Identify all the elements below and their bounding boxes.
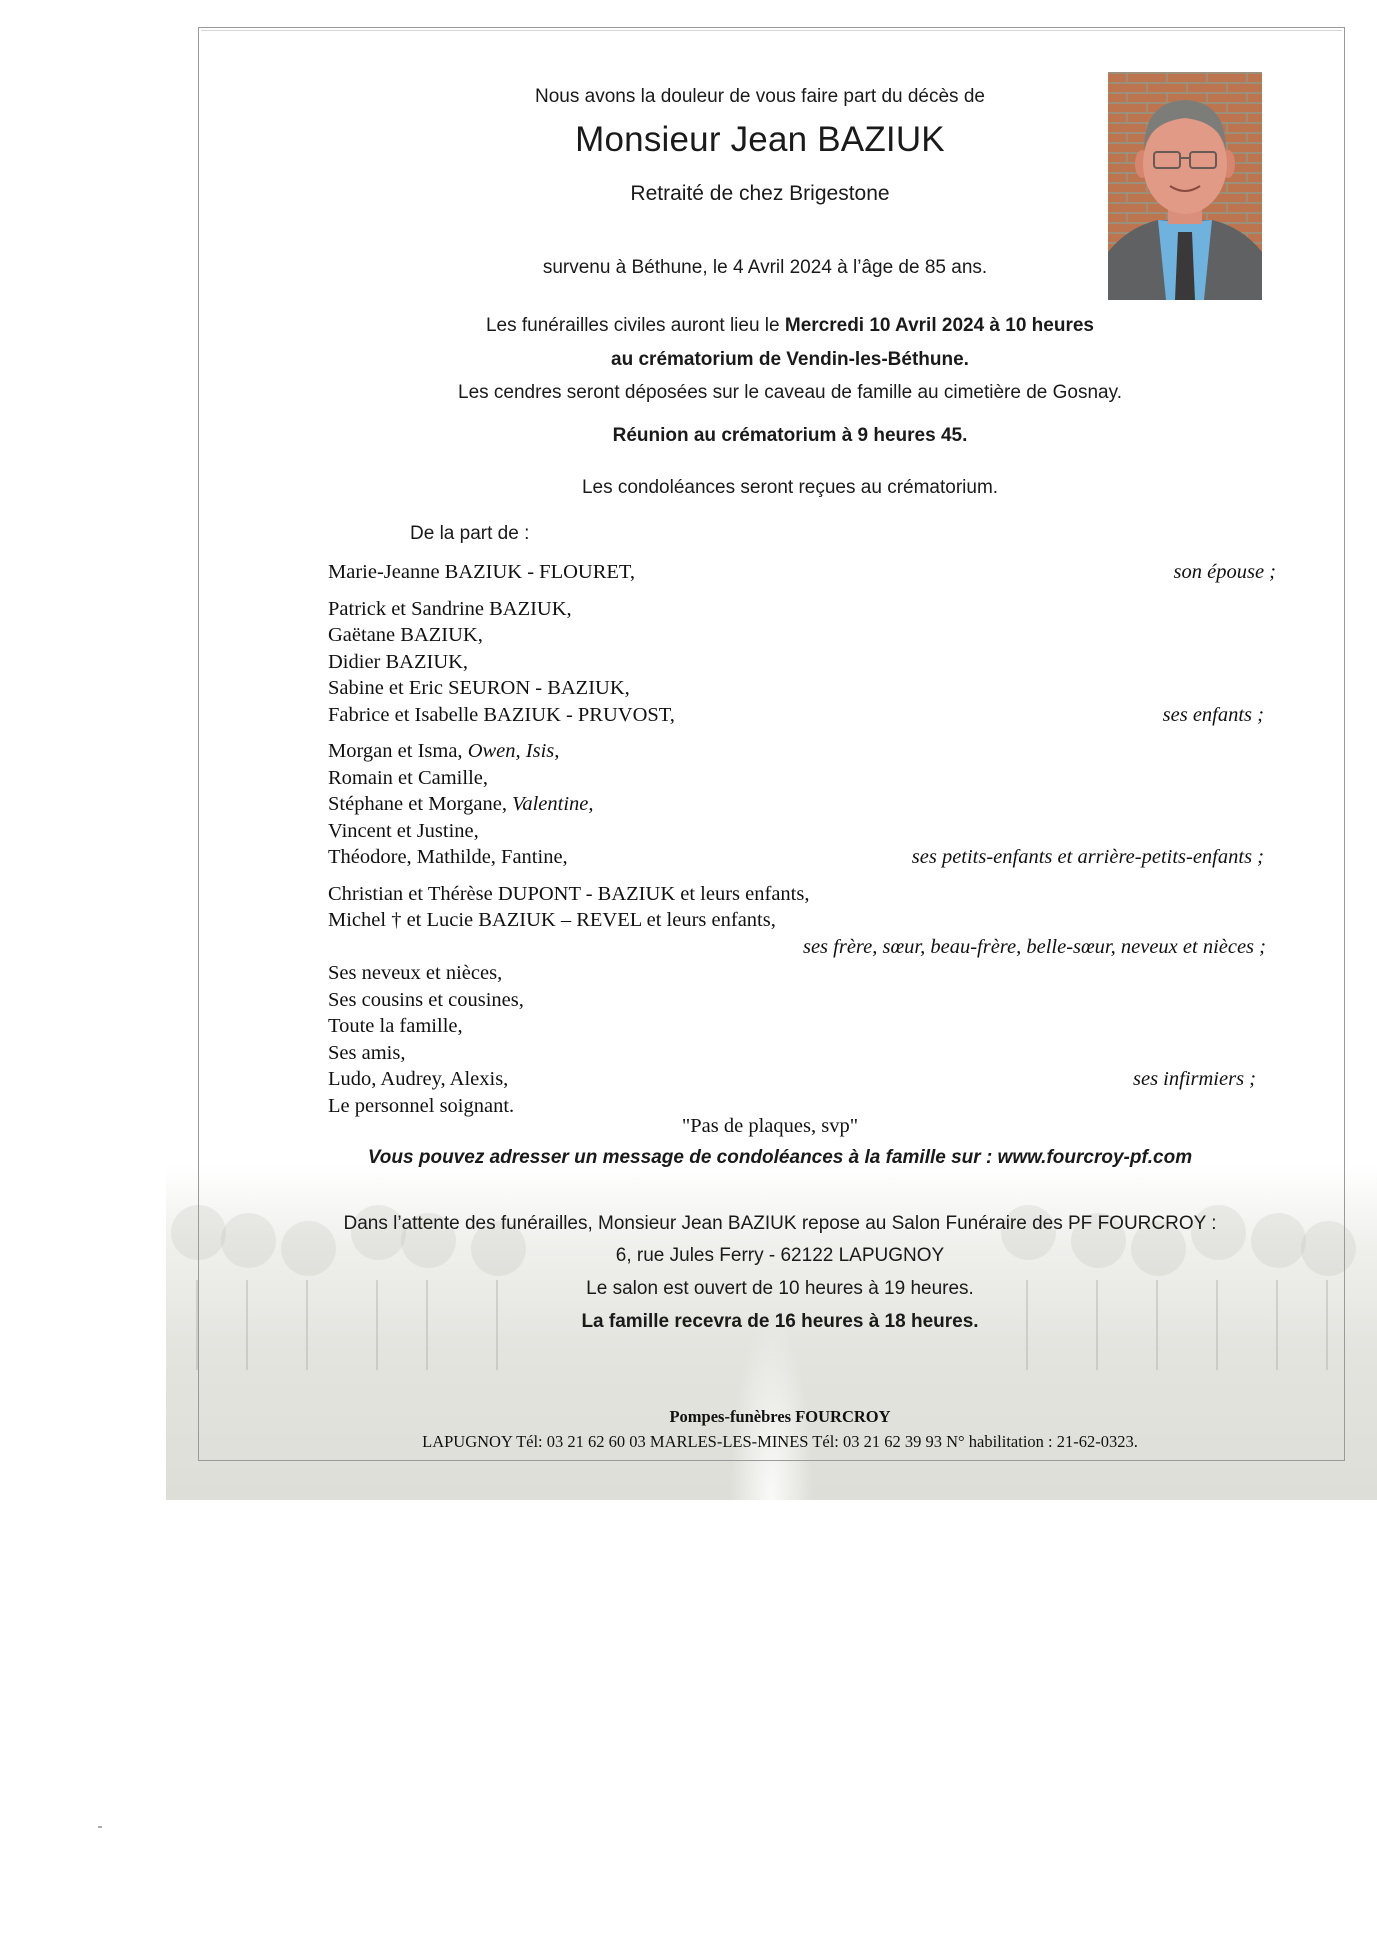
family-member-line: Michel † et Lucie BAZIUK – REVEL et leur… [328, 907, 1276, 934]
family-member-text: Sabine et Eric SEURON - BAZIUK, [328, 677, 630, 699]
family-member-text: Théodore, Mathilde, Fantine, [328, 846, 568, 868]
family-member-line: Patrick et Sandrine BAZIUK, [328, 596, 1276, 623]
family-member-text: Christian et Thérèse DUPONT - BAZIUK et … [328, 883, 809, 905]
family-member-line: Vincent et Justine, [328, 818, 1276, 845]
family-member-children: Valentine, [512, 793, 593, 815]
family-member-text: Ses amis, [328, 1042, 405, 1064]
family-member-line: Didier BAZIUK, [328, 649, 1276, 676]
condolences-info: Les condoléances seront reçues au crémat… [380, 477, 1200, 499]
salon-hours: Le salon est ouvert de 10 heures à 19 he… [300, 1278, 1260, 1300]
family-member-text: Romain et Camille, [328, 767, 488, 789]
family-group: Morgan et Isma, Owen, Isis,Romain et Cam… [328, 738, 1276, 871]
family-member-line: Ses amis, [328, 1040, 1276, 1067]
family-relation: son épouse ; [1174, 559, 1276, 586]
family-visiting-hours: La famille recevra de 16 heures à 18 heu… [300, 1311, 1260, 1333]
funeral-home-name: Pompes-funèbres FOURCROY [400, 1407, 1160, 1427]
obituary-page: Nous avons la douleur de vous faire part… [0, 0, 1377, 1948]
funeral-date-bold: Mercredi 10 Avril 2024 à 10 heures [785, 315, 1094, 336]
family-member-line: Stéphane et Morgane, Valentine, [328, 791, 1276, 818]
deceased-name: Monsieur Jean BAZIUK [470, 120, 1050, 160]
family-member-line: Théodore, Mathilde, Fantine,ses petits-e… [328, 844, 1276, 871]
family-member-text: Gaëtane BAZIUK, [328, 624, 483, 646]
family-relation: ses enfants ; [1163, 702, 1264, 729]
family-member-line: Gaëtane BAZIUK, [328, 622, 1276, 649]
family-member-text: Fabrice et Isabelle BAZIUK - PRUVOST, [328, 704, 675, 726]
family-member-line: Ses neveux et nièces, [328, 960, 1276, 987]
family-member-text: Ses neveux et nièces, [328, 962, 502, 984]
family-member-text: Stéphane et Morgane, [328, 793, 512, 815]
family-member-line: Romain et Camille, [328, 765, 1276, 792]
reunion-info: Réunion au crématorium à 9 heures 45. [380, 425, 1200, 447]
funeral-date: Les funérailles civiles auront lieu le M… [380, 315, 1200, 337]
family-member-text: Le personnel soignant. [328, 1095, 514, 1117]
family-member-text: Vincent et Justine, [328, 820, 479, 842]
family-group: Patrick et Sandrine BAZIUK,Gaëtane BAZIU… [328, 596, 1276, 729]
family-member-line: Fabrice et Isabelle BAZIUK - PRUVOST,ses… [328, 702, 1276, 729]
family-member-line: Toute la famille, [328, 1013, 1276, 1040]
family-relation: ses infirmiers ; [1133, 1066, 1256, 1093]
family-relation-line: ses frère, sœur, beau-frère, belle-sœur,… [328, 934, 1276, 961]
family-member-line: Marie-Jeanne BAZIUK - FLOURET,son épouse… [328, 559, 1276, 586]
family-relation: ses petits-enfants et arrière-petits-enf… [912, 844, 1264, 871]
family-member-text: Michel † et Lucie BAZIUK – REVEL et leur… [328, 909, 776, 931]
salon-info: Dans l’attente des funérailles, Monsieur… [300, 1213, 1260, 1235]
family-member-line: Sabine et Eric SEURON - BAZIUK, [328, 675, 1276, 702]
family-member-line: Morgan et Isma, Owen, Isis, [328, 738, 1276, 765]
family-member-children: Owen, Isis, [468, 740, 560, 762]
family-group: Ses neveux et nièces,Ses cousins et cous… [328, 960, 1276, 1119]
ashes-info: Les cendres seront déposées sur le cavea… [380, 382, 1200, 404]
family-member-text: Toute la famille, [328, 1015, 463, 1037]
family-group: Christian et Thérèse DUPONT - BAZIUK et … [328, 881, 1276, 961]
family-intro: De la part de : [410, 523, 529, 545]
no-plaques-note: "Pas de plaques, svp" [420, 1115, 1120, 1138]
scan-artifact [98, 1826, 102, 1828]
family-member-line: Ses cousins et cousines, [328, 987, 1276, 1014]
family-member-text: Ses cousins et cousines, [328, 989, 524, 1011]
occupation: Retraité de chez Brigestone [470, 182, 1050, 206]
portrait-photo-illustration [1108, 72, 1262, 300]
family-member-text: Morgan et Isma, [328, 740, 468, 762]
funeral-location: au crématorium de Vendin-les-Béthune. [380, 349, 1200, 371]
salon-address: 6, rue Jules Ferry - 62122 LAPUGNOY [300, 1245, 1260, 1267]
family-member-line: Christian et Thérèse DUPONT - BAZIUK et … [328, 881, 1276, 908]
family-member-text: Ludo, Audrey, Alexis, [328, 1068, 508, 1090]
family-member-text: Marie-Jeanne BAZIUK - FLOURET, [328, 561, 635, 583]
death-info: survenu à Béthune, le 4 Avril 2024 à l’â… [460, 257, 1070, 279]
funeral-date-prefix: Les funérailles civiles auront lieu le [486, 315, 785, 336]
online-condolences-link[interactable]: Vous pouvez adresser un message de condo… [280, 1147, 1280, 1169]
family-member-line: Ludo, Audrey, Alexis,ses infirmiers ; [328, 1066, 1276, 1093]
intro-text: Nous avons la douleur de vous faire part… [470, 86, 1050, 108]
family-list: Marie-Jeanne BAZIUK - FLOURET,son épouse… [328, 559, 1276, 1119]
family-member-text: Patrick et Sandrine BAZIUK, [328, 598, 572, 620]
family-group: Marie-Jeanne BAZIUK - FLOURET,son épouse… [328, 559, 1276, 586]
portrait-photo [1108, 72, 1262, 300]
family-relation: ses frère, sœur, beau-frère, belle-sœur,… [803, 934, 1266, 961]
funeral-home-contact: LAPUGNOY Tél: 03 21 62 60 03 MARLES-LES-… [340, 1432, 1220, 1452]
family-member-text: Didier BAZIUK, [328, 651, 468, 673]
